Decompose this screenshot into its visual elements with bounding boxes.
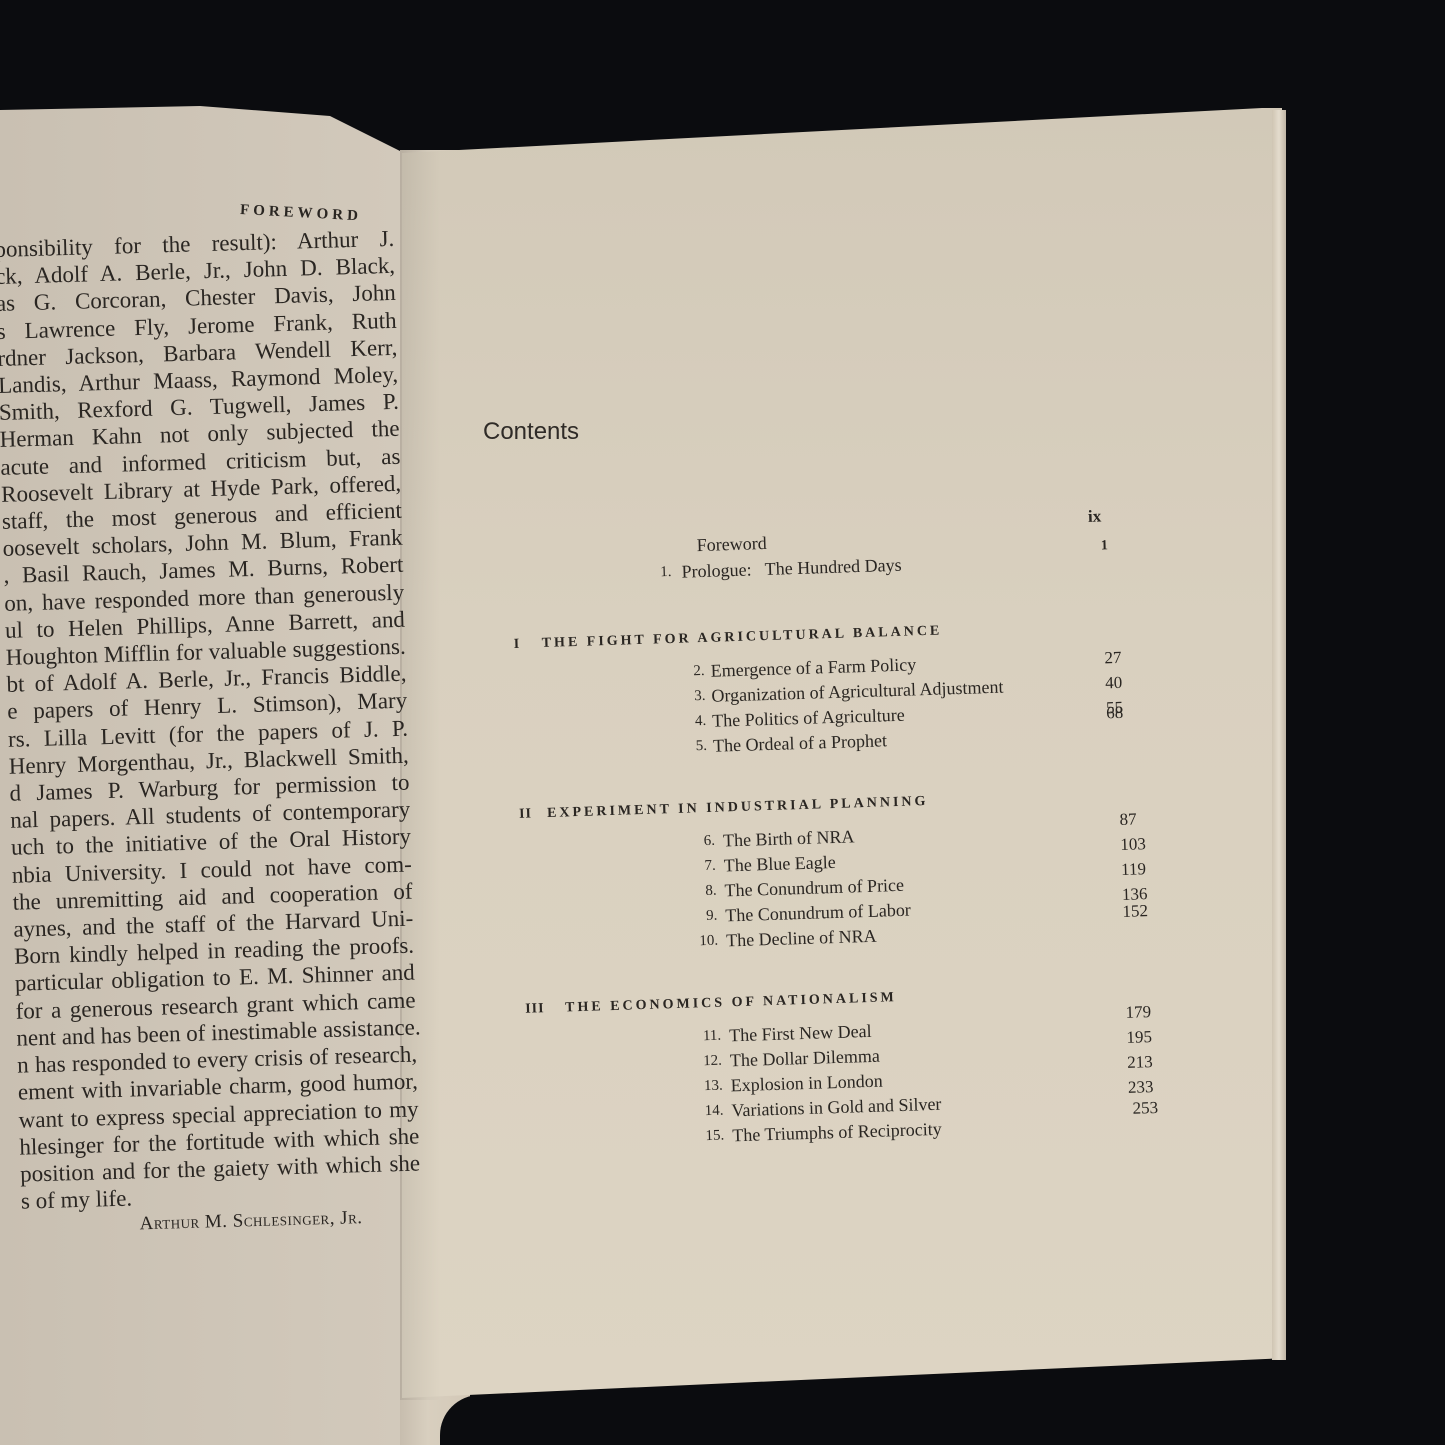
part-numeral: I	[514, 637, 521, 653]
toc-entry-title: The First New Deal	[729, 1021, 872, 1046]
toc-page-number: 253	[1132, 1098, 1158, 1119]
toc-page-number: 1	[1101, 538, 1108, 554]
toc-chapter-number: 3.	[665, 688, 706, 706]
toc-chapter-number: 5.	[667, 738, 708, 756]
toc-entry-title: The Conundrum of Price	[724, 875, 904, 902]
toc-entry-title: Foreword	[696, 533, 767, 556]
part-numeral: II	[519, 806, 532, 822]
toc-page-number: 27	[1104, 648, 1122, 669]
toc-page-number: 233	[1128, 1077, 1154, 1098]
toc-page-number: 179	[1125, 1002, 1151, 1023]
part-numeral: III	[525, 1001, 545, 1018]
toc-entry-title: The Ordeal of a Prophet	[713, 730, 888, 756]
toc-page-number: 195	[1126, 1027, 1152, 1048]
toc-entry-title: The Dollar Dilemma	[730, 1046, 881, 1072]
toc-entry-title: The Conundrum of Labor	[725, 900, 911, 927]
toc-page-number: 152	[1122, 901, 1148, 922]
toc-entry-title: Explosion in London	[730, 1071, 883, 1097]
toc-entry-title: The Decline of NRA	[726, 926, 877, 952]
page-title: Contents	[483, 418, 579, 446]
toc-page-number: 103	[1120, 834, 1146, 855]
toc-chapter-number: 12.	[682, 1053, 723, 1071]
toc-chapter-number: 11.	[681, 1028, 722, 1046]
toc-page-number: 68	[1106, 703, 1124, 724]
toc-page-number: 213	[1127, 1052, 1153, 1073]
toc-page-number: ix	[1088, 506, 1102, 526]
table-of-contents: Foreword ix 1. Prologue: The Hundred Day…	[510, 505, 1170, 1157]
open-book-photo: FOREWORD ponsibility for the result): Ar…	[0, 0, 1445, 1445]
toc-page-number: 40	[1105, 673, 1123, 694]
toc-chapter-number: 9.	[677, 908, 718, 926]
toc-chapter-number: 15.	[684, 1128, 725, 1146]
toc-chapter-number: 10.	[678, 933, 719, 951]
toc-entry-title: The Blue Eagle	[723, 852, 836, 877]
toc-chapter-number: 6.	[675, 833, 716, 851]
page-stack-edge	[1272, 110, 1286, 1360]
toc-chapter-number: 2.	[664, 663, 705, 681]
toc-entry-title: Prologue: The Hundred Days	[681, 555, 902, 583]
foreword-body: ponsibility for the result): Arthur J. c…	[0, 224, 442, 1239]
toc-chapter-number: 8.	[676, 883, 717, 901]
toc-chapter-number: 7.	[676, 858, 717, 876]
toc-chapter-number: 13.	[682, 1078, 723, 1096]
toc-chapter-number: 1.	[631, 564, 672, 582]
toc-page-number: 119	[1121, 859, 1146, 880]
toc-chapter-number: 4.	[666, 713, 707, 731]
toc-entry-title: The Birth of NRA	[723, 826, 855, 851]
toc-chapter-number: 14.	[683, 1103, 724, 1121]
toc-page-number: 87	[1119, 809, 1137, 830]
